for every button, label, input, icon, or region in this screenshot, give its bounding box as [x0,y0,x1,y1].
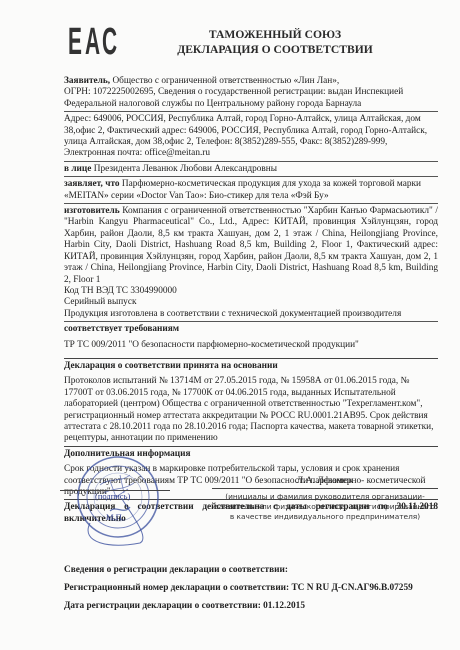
declares-label: заявляет, что [64,179,120,189]
declares-block: заявляет, что Парфюмерно-косметическая п… [64,179,438,204]
registration-info: Сведения о регистрации декларации о соот… [64,565,444,619]
title-line-1: ТАМОЖЕННЫЙ СОЮЗ [160,27,390,42]
registration-number: Регистрационный номер декларации о соотв… [64,583,444,594]
conformity-value: ТР ТС 009/2011 "О безопасности парфюмерн… [64,340,438,351]
eac-letter: E [68,24,76,60]
represented-by-block: в лице Президента Леванюк Любови Алексан… [64,164,438,177]
signatory-name: Л.А. Леванюк [212,476,438,489]
signatory-note: (инициалы и фамилия руководителя организ… [212,492,438,522]
basis-block: Декларация о соответствии принята на осн… [64,361,438,447]
manufacturer-label: изготовитель [64,206,120,216]
manufacturer-block: изготовитель Компания с ограниченной отв… [64,206,438,286]
eac-logo: E A C [68,24,112,60]
applicant-address: Адрес: 649006, РОССИЯ, Республика Алтай,… [64,114,427,158]
hs-code: Код ТН ВЭД ТС 3304990000 [64,286,438,297]
manufacturer-value: Компания с ограниченной ответственностью… [64,206,438,284]
applicant-name: Общество с ограниченной ответственностью… [110,76,339,86]
applicant-address-block: Адрес: 649006, РОССИЯ, Республика Алтай,… [64,114,438,162]
signature-label: (подпись) [95,491,130,501]
eac-letter: C [102,24,110,60]
declaration-page: E A C ТАМОЖЕННЫЙ СОЮЗ ДЕКЛАРАЦИЯ О СООТВ… [0,0,460,650]
company-seal-icon [70,453,166,549]
basis-label: Декларация о соответствии принята на осн… [64,361,278,371]
applicant-name-block: Заявитель, Общество с ограниченной ответ… [64,76,438,112]
applicant-label: Заявитель, [64,76,110,86]
title-line-2: ДЕКЛАРАЦИЯ О СООТВЕТСТВИИ [160,42,390,57]
represented-by-value: Президента Леванюк Любови Александровны [91,164,277,174]
document-title: ТАМОЖЕННЫЙ СОЮЗ ДЕКЛАРАЦИЯ О СООТВЕТСТВИ… [160,27,390,57]
basis-value: Протоколов испытаний № 13714М от 27.05.2… [64,376,438,444]
applicant-ogrn: ОГРН: 1072225002695, Сведения о государс… [64,87,403,108]
eac-letter: A [85,24,93,60]
represented-by-label: в лице [64,164,91,174]
conformity-block: соответствует требованиям ТР ТС 009/2011… [64,324,438,359]
seal-label: М.П. [106,512,124,522]
tech-doc: Продукция изготовлена в соответствии с т… [64,309,438,322]
registration-date: Дата регистрации декларации о соответств… [64,601,444,612]
release-type: Серийный выпуск [64,297,438,308]
conformity-label: соответствует требованиям [64,324,179,334]
registration-heading: Сведения о регистрации декларации о соот… [64,565,444,576]
